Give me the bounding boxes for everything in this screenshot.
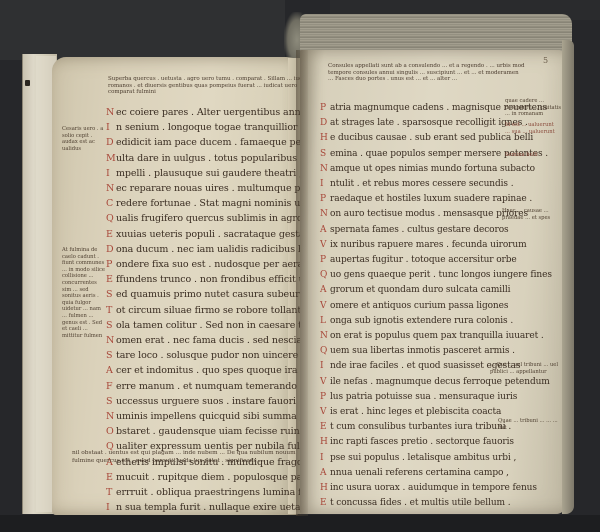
book-gutter-shadow [296, 50, 308, 516]
dark-background-top-left [0, 0, 285, 60]
verse-line: Praedaque et hostiles luxum suadere rapi… [320, 192, 552, 207]
gloss-line: Superba quercus . uetusta . agro uero tu… [108, 76, 313, 83]
verse-text: n sua templa furit . nullaque exire ueta… [116, 502, 316, 513]
verse-text: mpelli . plausuque sui gaudere theatri , [116, 168, 302, 179]
rubricated-initial: L [320, 314, 330, 329]
verse-text: uem sua libertas inmotis pasceret armis … [330, 346, 515, 356]
verse-text: amque ut opes nimias mundo fortuna subac… [330, 164, 535, 174]
rubricated-initial: E [320, 420, 330, 435]
left-footer-gloss: nil obstaat . uentus est qui plagam ... … [72, 449, 296, 465]
rubricated-initial: I [106, 500, 116, 515]
verse-text: bstaret . gaudensque uiam fecisse ruina … [116, 426, 311, 437]
left-margin-note-2: At fulmina de caelo cadunt . fiunt commu… [62, 247, 106, 339]
verse-text: nnua uenali referens certamina campo , [330, 468, 509, 478]
right-margin-note-2: Id est ... ualuerunt ... sua ... ualueru… [505, 122, 560, 135]
gloss-line: ... Fasces duo portes . unus est ... et … [328, 76, 525, 83]
rubricated-initial: T [106, 303, 116, 318]
rubricated-initial: P [320, 101, 330, 116]
verse-text: ix nuribus rapuere mares . fecunda uiror… [330, 240, 527, 250]
right-margin-note-1: quae cadere ... defendere ... ciuitatis … [505, 98, 565, 118]
rubricated-initial: S [106, 394, 116, 409]
verse-text: pse sui populus . letalisque ambitus urb… [330, 453, 516, 463]
rubricated-initial: F [106, 379, 116, 394]
verse-text: grorum et quondam duro sulcata camilli [330, 285, 510, 295]
gloss-line: comparat fulmini [108, 89, 313, 96]
rubricated-initial: N [320, 329, 330, 344]
verse-text: xuuias ueteris populi . sacrataque gesta… [116, 229, 315, 240]
verse-line: Vomere et antiquos curium passa ligones [320, 299, 552, 314]
rubricated-initial: A [320, 223, 330, 238]
rubricated-initial: A [106, 363, 116, 378]
verse-text: is erat . hinc leges et plebiscita coact… [330, 407, 501, 417]
gloss-line: Consules appellati sunt ab a consulendo … [328, 63, 525, 70]
verse-text: ulta dare in uulgus . totus popularibus … [116, 153, 324, 164]
folio-number: 5 [543, 56, 548, 65]
verse-text: ntulit . et rebus mores cessere secundis… [330, 179, 513, 189]
verse-text: n senium . longoque togae tranquillior u… [116, 122, 317, 133]
verse-line: Et concussa fides . et multis utile bell… [320, 496, 552, 511]
verse-text: edidicit iam pace ducem . famaeque petit… [116, 137, 321, 148]
verse-line: Vix nuribus rapuere mares . fecunda uiro… [320, 238, 552, 253]
verse-line: Plus patria potuisse sua . mensuraque iu… [320, 390, 552, 405]
rubricated-initial: I [320, 451, 330, 466]
right-verse-column: Patria magnumque cadens . magnisque reue… [320, 101, 552, 511]
rubricated-initial: P [320, 192, 330, 207]
rubricated-initial: H [320, 481, 330, 496]
rubricated-initial: N [106, 181, 116, 196]
rubricated-initial: H [320, 131, 330, 146]
dark-background-bottom [0, 515, 600, 532]
rubricated-initial: A [320, 283, 330, 298]
verse-line: Paupertas fugitur . totoque accersitur o… [320, 253, 552, 268]
verse-line: Aspernata fames . cultus gestare decoros [320, 223, 552, 238]
rubricated-initial: Q [106, 211, 116, 226]
right-margin-note-4: Haec ... causae ... praedae ... et spes [502, 208, 562, 221]
verse-text: on auro tectisue modus . mensasque prior… [330, 209, 528, 219]
rubricated-initial: P [320, 390, 330, 405]
left-header-gloss: Superba quercus . uetusta . agro uero tu… [108, 76, 313, 96]
binding-tab [25, 80, 30, 86]
verse-text: e ducibus causae . sub erant sed publica… [330, 133, 533, 143]
verse-line: Ipse sui populus . letalisque ambitus ur… [320, 451, 552, 466]
verse-line: Namque ut opes nimias mundo fortuna suba… [320, 162, 552, 177]
rubricated-initial: I [106, 166, 116, 181]
gloss-line: fulmine quercus est . quod percutit uada… [72, 457, 296, 465]
rubricated-initial: S [106, 318, 116, 333]
verse-line: Intulit . et rebus mores cessere secundi… [320, 177, 552, 192]
rubricated-initial: E [320, 496, 330, 511]
rubricated-initial: P [320, 253, 330, 268]
verse-text: spernata fames . cultus gestare decoros [330, 225, 509, 235]
verse-line: Longa sub ignotis extendere rura colonis… [320, 314, 552, 329]
verse-text: inc rapti fasces pretio . sectorque fauo… [330, 437, 514, 447]
verse-text: onga sub ignotis extendere rura colonis … [330, 316, 513, 326]
right-margin-note-6: Quae ... tribuni ... ... ... fiat [498, 418, 562, 431]
rubricated-initial: S [320, 147, 330, 162]
rubricated-initial: A [320, 466, 330, 481]
rubricated-initial: I [320, 359, 330, 374]
verse-line: Hinc usura uorax . auidumque in tempore … [320, 481, 552, 496]
rubricated-initial: E [106, 470, 116, 485]
rubricated-initial: V [320, 405, 330, 420]
verse-text: ed quamuis primo nutet casura subeuro . [116, 289, 311, 300]
verse-text: t concussa fides . et multis utile bellu… [330, 498, 510, 508]
rubricated-initial: N [106, 409, 116, 424]
gloss-line: nil obstaat . uentus est qui plagam ... … [72, 449, 296, 457]
verse-text: ec reparare nouas uires . multumque prio… [116, 183, 321, 194]
verse-text: at strages late . sparsosque recolligit … [330, 118, 528, 128]
rubricated-initial: V [320, 299, 330, 314]
right-margin-note-3: Semina belli [505, 152, 560, 159]
verse-text: aupertas fugitur . totoque accersitur or… [330, 255, 517, 265]
verse-text: inc usura uorax . auidumque in tempore f… [330, 483, 537, 493]
rubricated-initial: C [106, 196, 116, 211]
verse-text: mucuit . rupitque diem . populosque pauo… [116, 472, 324, 483]
right-margin-note-5: ... Qui ... uel tribuni ... uel publici … [490, 362, 560, 375]
verse-text: uo gens quaeque perit . tunc longos iung… [330, 270, 552, 280]
verse-line: Non erat is populus quem pax tranquilla … [320, 329, 552, 344]
rubricated-initial: E [106, 227, 116, 242]
rubricated-initial: D [320, 116, 330, 131]
verse-text: lus patria potuisse sua . mensuraque iur… [330, 392, 517, 402]
verse-text: uccessus urguere suos . instare fauori [116, 396, 296, 407]
verse-line: Annua uenali referens certamina campo , [320, 466, 552, 481]
verse-line: Vile nefas . magnumque decus ferroque pe… [320, 375, 552, 390]
left-margin-note-1: Cesaris uero . a solio cepit . audax est… [62, 126, 106, 152]
rubricated-initial: D [106, 135, 116, 150]
verse-text: ualis frugifero quercus sublimis in agro [116, 213, 302, 224]
verse-text: on erat is populus quem pax tranquilla i… [330, 331, 544, 341]
verse-text: ot circum siluae firmo se robore tollant… [116, 305, 307, 316]
rubricated-initial: Q [320, 268, 330, 283]
right-header-gloss: Consules appellati sunt ab a consulendo … [328, 63, 525, 83]
rubricated-initial: V [320, 375, 330, 390]
verse-line: Quem sua libertas inmotis pasceret armis… [320, 344, 552, 359]
verse-text: ile nefas . magnumque decus ferroque pet… [330, 377, 550, 387]
rubricated-initial: D [106, 242, 116, 257]
verse-line: Hinc rapti fasces pretio . sectorque fau… [320, 435, 552, 450]
rubricated-initial: N [320, 162, 330, 177]
rubricated-initial: S [106, 348, 116, 363]
rubricated-initial: N [106, 105, 116, 120]
rubricated-initial: P [106, 257, 116, 272]
verse-text: ec coiere pares . Alter uergentibus anni… [116, 107, 308, 118]
verse-text: t cum consulibus turbantes iura tribuni … [330, 422, 511, 432]
rubricated-initial: O [106, 424, 116, 439]
rubricated-initial: I [106, 120, 116, 135]
rubricated-initial: E [106, 272, 116, 287]
rubricated-initial: N [106, 333, 116, 348]
rubricated-initial: H [320, 435, 330, 450]
verse-line: Quo gens quaeque perit . tunc longos iun… [320, 268, 552, 283]
verse-text: redere fortunae . Stat magni nominis umb… [116, 198, 325, 209]
rubricated-initial: I [320, 177, 330, 192]
rubricated-initial: M [106, 151, 116, 166]
verse-text: raedaque et hostiles luxum suadere rapin… [330, 194, 532, 204]
verse-line: Agrorum et quondam duro sulcata camilli [320, 283, 552, 298]
rubricated-initial: S [106, 287, 116, 302]
rubricated-initial: T [106, 485, 116, 500]
rubricated-initial: V [320, 238, 330, 253]
rubricated-initial: N [320, 207, 330, 222]
verse-text: omere et antiquos curium passa ligones [330, 301, 508, 311]
rubricated-initial: Q [320, 344, 330, 359]
